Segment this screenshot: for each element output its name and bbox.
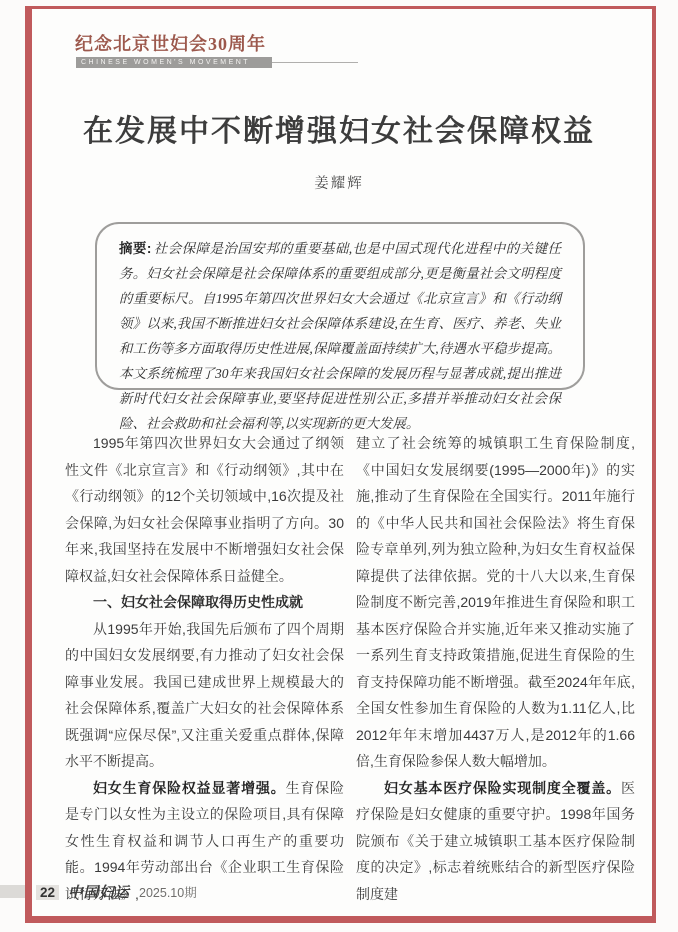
article-title: 在发展中不断增强妇女社会保障权益 xyxy=(32,106,646,150)
paragraph: 1995年第四次世界妇女大会通过了纲领性文件《北京宣言》和《行动纲领》,其中在《… xyxy=(65,430,344,589)
left-column: 1995年第四次世界妇女大会通过了纲领性文件《北京宣言》和《行动纲领》,其中在《… xyxy=(65,430,344,907)
abstract-text: 社会保障是治国安邦的重要基础,也是中国式现代化进程中的关键任务。妇女社会保障是社… xyxy=(119,241,561,431)
right-column: 建立了社会统筹的城镇职工生育保险制度,《中国妇女发展纲要(1995—2000年)… xyxy=(356,430,635,907)
paragraph: 从1995年开始,我国先后颁布了四个周期的中国妇女发展纲要,有力推动了妇女社会保… xyxy=(65,616,344,775)
paragraph-text: 医疗保险是妇女健康的重要守护。1998年国务院颁布《关于建立城镇职工基本医疗保险… xyxy=(356,780,635,902)
page-footer: 22 中国妇运 2025.10期 xyxy=(36,881,197,902)
article-author: 姜耀辉 xyxy=(32,172,646,193)
abstract-box: 摘要:社会保障是治国安邦的重要基础,也是中国式现代化进程中的关键任务。妇女社会保… xyxy=(95,222,585,390)
section-topic-english-bar: CHINESE WOMEN'S MOVEMENT xyxy=(76,57,272,68)
section-heading: 一、妇女社会保障取得历史性成就 xyxy=(65,589,344,616)
paragraph: 建立了社会统筹的城镇职工生育保险制度,《中国妇女发展纲要(1995—2000年)… xyxy=(356,430,635,775)
article-body: 1995年第四次世界妇女大会通过了纲领性文件《北京宣言》和《行动纲领》,其中在《… xyxy=(65,430,635,907)
issue-label: 2025.10期 xyxy=(139,883,197,901)
page-number: 22 xyxy=(36,885,59,900)
page-edge-tab xyxy=(0,885,25,898)
paragraph-lead: 妇女基本医疗保险实现制度全覆盖。 xyxy=(384,780,621,796)
abstract-label: 摘要: xyxy=(119,241,151,256)
paragraph: 妇女基本医疗保险实现制度全覆盖。医疗保险是妇女健康的重要守护。1998年国务院颁… xyxy=(356,775,635,908)
paragraph-lead: 妇女生育保险权益显著增强。 xyxy=(93,780,286,796)
journal-name: 中国妇运 xyxy=(68,881,130,902)
section-topic-title: 纪念北京世妇会30周年 xyxy=(75,30,266,56)
topic-divider-line xyxy=(272,62,358,63)
magazine-page: 纪念北京世妇会30周年 CHINESE WOMEN'S MOVEMENT 在发展… xyxy=(0,0,678,932)
